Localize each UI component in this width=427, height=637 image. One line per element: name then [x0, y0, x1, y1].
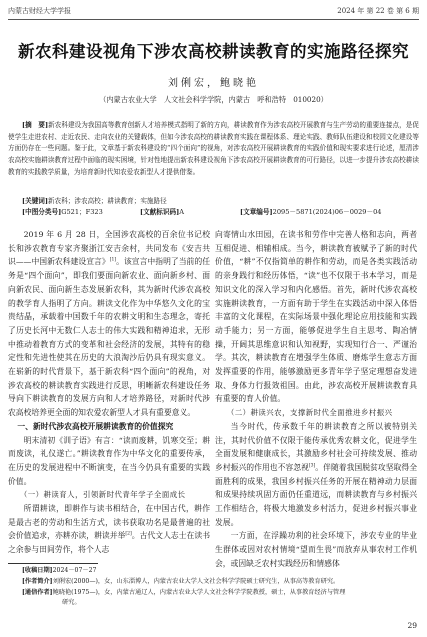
clc-label: [中图分类号]: [22, 208, 61, 216]
footnotes: [收稿日期]2024－07－27 [作者简介]刘俐宏(2000—)，女，山东淄博…: [22, 566, 419, 609]
received-date: [收稿日期]2024－07－27: [22, 566, 419, 577]
body-column-left: 2019 年 6 月 28 日，全国涉农高校的百余位书记校长和涉农教育专家齐聚浙…: [8, 228, 210, 557]
article-number: [文章编号]2095－5871(2024)06－0029－04: [240, 207, 381, 218]
doc-code-label: [文献标识码]: [140, 208, 179, 216]
clc-value: G521；F323: [61, 208, 103, 216]
paragraph: 明末清初《训子语》有言：“读而废耕，饥寒交至；耕而废读，礼仪遂亡。”耕读教育作为…: [8, 434, 210, 489]
subsection-heading-2: （二）耕读兴农，支撑新时代全面推进乡村振兴: [215, 406, 417, 420]
classification-row: [中图分类号]G521；F323 [文献标识码]A [文章编号]2095－587…: [22, 207, 419, 218]
page-number: 29: [407, 621, 417, 630]
abstract: [摘 要]新农科建设为我国高等教育创新人才培养模式指明了新的方向，耕读教育作为涉…: [8, 120, 419, 179]
paragraph: 一方面，在浮躁功利的社会环境下，涉农专业的毕业生群体或因对农村情境“望而生畏”而…: [215, 529, 417, 570]
paragraph-text: 。伴随着我国脱贫攻坚取得全面胜利的成果，我国乡村振兴任务的开展在精神动力层面和成…: [215, 463, 417, 527]
keywords: [关键词]新农科；涉农高校；耕读教育；实施路径: [22, 196, 419, 207]
corr-label: [通信作者]: [22, 589, 53, 596]
article-affiliation: （内蒙古农业大学 人文社会科学学院，内蒙古 呼和浩特 010020）: [0, 95, 427, 105]
keywords-text: 新农科；涉农高校；耕读教育；实施路径: [48, 197, 167, 205]
corresponding-author: [通信作者]鲍晓艳(1975—)，女，内蒙古通辽人，内蒙古农业大学人文社会科学学…: [22, 588, 419, 599]
subsection-heading-1: （一）耕读育人，引领新时代青年学子全面成长: [8, 488, 210, 502]
doc-code-value: A: [179, 208, 184, 216]
body-column-right: 向寄情山水田园，在读书和劳作中完善人格和志向，两者互相促进、相辅相成。当今，耕读…: [215, 228, 417, 571]
section-heading-1: 一、新时代涉农高校开展耕读教育的价值探究: [8, 420, 210, 434]
footnote-divider: [8, 563, 98, 564]
journal-name: 内蒙古财经大学学报: [8, 6, 71, 16]
paragraph: 所谓耕读，即耕作与读书相结合，在中国古代，耕作是最古老的劳动和生活方式，读书获取…: [8, 502, 210, 557]
author-bio: [作者简介]刘俐宏(2000—)，女，山东淄博人，内蒙古农业大学人文社会科学学院…: [22, 577, 419, 588]
clc-number: [中图分类号]G521；F323: [22, 207, 140, 218]
article-no-label: [文章编号]: [240, 208, 273, 216]
paragraph: 2019 年 6 月 28 日，全国涉农高校的百余位书记校长和涉农教育专家齐聚浙…: [8, 228, 210, 420]
corr-value: 鲍晓艳(1975—)，女，内蒙古通辽人，内蒙古农业大学人文社会科学学院教授，硕士…: [53, 589, 346, 596]
keywords-label: [关键词]: [22, 197, 48, 205]
running-head: 内蒙古财经大学学报 2024 年 第 22 卷 第 6 期: [8, 6, 419, 20]
article-no-value: 2095－5871(2024)06－0029－04: [273, 208, 382, 216]
received-value: 2024－07－27: [53, 567, 97, 574]
received-label: [收稿日期]: [22, 567, 53, 574]
paragraph: 当今时代，传承数千年的耕读教育之所以被特别关注，其时代价值不仅限于能传承优秀农耕…: [215, 420, 417, 530]
abstract-text: 新农科建设为我国高等教育创新人才培养模式指明了新的方向，耕读教育作为涉农高校开展…: [8, 121, 419, 176]
abstract-label: [摘 要]: [22, 121, 48, 129]
article-authors: 刘俐宏，鲍晓艳: [0, 74, 427, 89]
paragraph-text: 。该宣言中指明了当前的任务是“四个面向”，即我们要面向新农业、面向新乡村、面向新…: [8, 257, 210, 417]
author-bio-label: [作者简介]: [22, 578, 53, 585]
document-code: [文献标识码]A: [140, 207, 240, 218]
issue-info: 2024 年 第 22 卷 第 6 期: [337, 6, 419, 16]
author-bio-value: 刘俐宏(2000—)，女，山东淄博人，内蒙古农业大学人文社会科学学院硕士研究生，…: [53, 578, 340, 585]
corresponding-author-cont: 研究。: [22, 598, 419, 609]
paragraph: 向寄情山水田园，在读书和劳作中完善人格和志向，两者互相促进、相辅相成。当今，耕读…: [215, 228, 417, 406]
article-title: 新农科建设视角下涉农高校耕读教育的实施路径探究: [0, 38, 427, 62]
